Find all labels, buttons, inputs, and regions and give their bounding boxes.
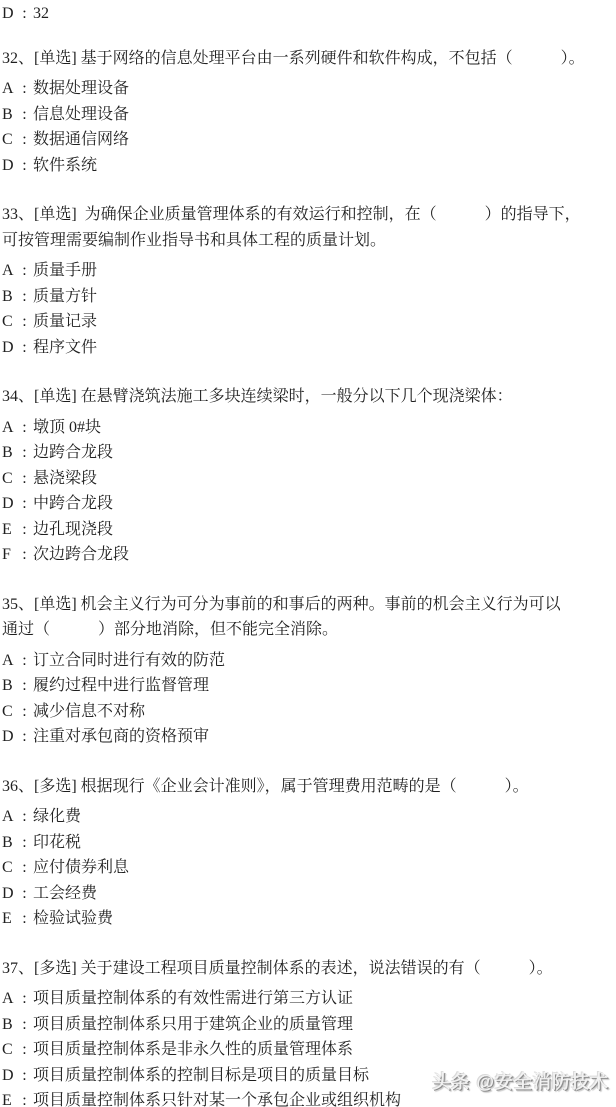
question-text: 34、[单选] 在悬臂浇筑法施工多块连续梁时，一般分以下几个现浇梁体： [2,384,614,410]
option-row: E:边孔现浇段 [2,517,614,543]
option-separator: : [16,648,33,674]
option-text: 信息处理设备 [33,106,129,123]
option-text: 项目质量控制体系是非永久性的质量管理体系 [33,1041,353,1058]
option-row: A:绿化费 [2,804,614,830]
option-text: 边孔现浇段 [33,521,113,538]
exam-document-page: D:32 32、[单选] 基于网络的信息处理平台由一系列硬件和软件构成，不包括（… [0,0,616,1107]
option-text: 次边跨合龙段 [33,546,129,563]
option-letter: F [2,542,16,568]
option-letter: C [2,855,16,881]
option-row: D:工会经费 [2,881,614,907]
option-letter: D [2,881,16,907]
option-row: D:程序文件 [2,335,614,361]
option-text: 注重对承包商的资格预审 [33,728,209,745]
option-row: A:数据处理设备 [2,76,614,102]
option-separator: : [16,1088,33,1107]
option-text: 数据通信网络 [33,131,129,148]
option-text: 印花税 [33,834,81,851]
option-separator: : [16,415,33,441]
option-text: 项目质量控制体系只用于建筑企业的质量管理 [33,1016,353,1033]
previous-question-option-d: D:32 [2,1,614,27]
option-letter: C [2,309,16,335]
question-list: 32、[单选] 基于网络的信息处理平台由一系列硬件和软件构成，不包括（ ）。 A… [2,46,614,1107]
option-text: 数据处理设备 [33,80,129,97]
option-separator: : [16,491,33,517]
option-row: A:墩顶 0#块 [2,415,614,441]
option-separator: : [16,466,33,492]
option-separator: : [16,284,33,310]
option-separator: : [16,102,33,128]
option-text: 软件系统 [33,157,97,174]
option-row: B:履约过程中进行监督管理 [2,673,614,699]
option-text: 工会经费 [33,885,97,902]
option-row: C:质量记录 [2,309,614,335]
option-letter: B [2,102,16,128]
option-separator: : [16,153,33,179]
option-separator: : [16,855,33,881]
question-block-33: 33、[单选] 为确保企业质量管理体系的有效运行和控制，在（ ）的指导下， 可按… [2,202,614,360]
option-list: A:墩顶 0#块 B:边跨合龙段 C:悬浇梁段 D:中跨合龙段 E:边孔现浇段 … [2,415,614,568]
question-block-35: 35、[单选] 机会主义行为可分为事前的和事后的两种。事前的机会主义行为可以 通… [2,592,614,750]
option-letter: C [2,699,16,725]
option-text: 质量手册 [33,262,97,279]
option-letter: E [2,906,16,932]
question-text: 32、[单选] 基于网络的信息处理平台由一系列硬件和软件构成，不包括（ ）。 [2,46,614,72]
option-separator: : [16,1037,33,1063]
option-row: D:32 [2,1,614,27]
option-separator: : [16,986,33,1012]
option-row: B:印花税 [2,830,614,856]
question-text: 36、[多选] 根据现行《企业会计准则》，属于管理费用范畴的是（ ）。 [2,774,614,800]
option-text: 项目质量控制体系的有效性需进行第三方认证 [33,990,353,1007]
option-list: A:数据处理设备 B:信息处理设备 C:数据通信网络 D:软件系统 [2,76,614,178]
question-text: 33、[单选] 为确保企业质量管理体系的有效运行和控制，在（ ）的指导下， 可按… [2,202,614,253]
option-row: B:信息处理设备 [2,102,614,128]
option-text: 悬浇梁段 [33,470,97,487]
option-list: A:订立合同时进行有效的防范 B:履约过程中进行监督管理 C:减少信息不对称 D… [2,648,614,750]
option-text: 墩顶 0#块 [33,419,101,436]
option-letter: B [2,284,16,310]
option-row: B:质量方针 [2,284,614,310]
option-letter: B [2,830,16,856]
option-row: A:项目质量控制体系的有效性需进行第三方认证 [2,986,614,1012]
option-text: 检验试验费 [33,910,113,927]
option-letter: D [2,1,16,27]
option-text: 项目质量控制体系的控制目标是项目的质量目标 [33,1067,369,1084]
option-separator: : [16,804,33,830]
option-row: E:检验试验费 [2,906,614,932]
option-letter: A [2,986,16,1012]
option-text: 项目质量控制体系只针对某一个承包企业或组织机构 [33,1092,401,1107]
option-separator: : [16,724,33,750]
option-separator: : [16,830,33,856]
option-text: 中跨合龙段 [33,495,113,512]
option-letter: B [2,1012,16,1038]
option-letter: E [2,1088,16,1107]
option-list: A:质量手册 B:质量方针 C:质量记录 D:程序文件 [2,258,614,360]
option-row: B:项目质量控制体系只用于建筑企业的质量管理 [2,1012,614,1038]
option-letter: C [2,466,16,492]
option-row: B:边跨合龙段 [2,440,614,466]
option-separator: : [16,1,33,27]
option-letter: E [2,517,16,543]
option-separator: : [16,440,33,466]
option-row: A:订立合同时进行有效的防范 [2,648,614,674]
option-text: 32 [33,5,49,22]
question-block-32: 32、[单选] 基于网络的信息处理平台由一系列硬件和软件构成，不包括（ ）。 A… [2,46,614,179]
option-text: 履约过程中进行监督管理 [33,677,209,694]
option-letter: A [2,648,16,674]
option-row: C:项目质量控制体系是非永久性的质量管理体系 [2,1037,614,1063]
option-letter: C [2,127,16,153]
question-block-34: 34、[单选] 在悬臂浇筑法施工多块连续梁时，一般分以下几个现浇梁体： A:墩顶… [2,384,614,568]
option-row: C:减少信息不对称 [2,699,614,725]
option-row: D:软件系统 [2,153,614,179]
question-text: 35、[单选] 机会主义行为可分为事前的和事后的两种。事前的机会主义行为可以 通… [2,592,614,643]
option-row: C:悬浇梁段 [2,466,614,492]
option-letter: A [2,258,16,284]
option-separator: : [16,258,33,284]
option-row: C:数据通信网络 [2,127,614,153]
question-text: 37、[多选] 关于建设工程项目质量控制体系的表述，说法错误的有（ ）。 [2,956,614,982]
option-row: A:质量手册 [2,258,614,284]
option-separator: : [16,309,33,335]
option-letter: D [2,724,16,750]
option-row: C:应付债券利息 [2,855,614,881]
option-separator: : [16,881,33,907]
option-letter: D [2,1063,16,1089]
option-separator: : [16,1063,33,1089]
option-letter: B [2,673,16,699]
option-text: 减少信息不对称 [33,703,145,720]
option-separator: : [16,673,33,699]
option-row: D:注重对承包商的资格预审 [2,724,614,750]
option-row: F:次边跨合龙段 [2,542,614,568]
question-block-36: 36、[多选] 根据现行《企业会计准则》，属于管理费用范畴的是（ ）。 A:绿化… [2,774,614,932]
option-separator: : [16,906,33,932]
option-separator: : [16,1012,33,1038]
option-separator: : [16,699,33,725]
option-separator: : [16,335,33,361]
option-letter: B [2,440,16,466]
option-text: 质量记录 [33,313,97,330]
option-letter: A [2,415,16,441]
watermark-toutiao: 头条 @安全消防技术 [432,1068,609,1094]
option-letter: D [2,491,16,517]
option-text: 绿化费 [33,808,81,825]
option-list: A:绿化费 B:印花税 C:应付债券利息 D:工会经费 E:检验试验费 [2,804,614,932]
option-separator: : [16,542,33,568]
option-separator: : [16,517,33,543]
option-separator: : [16,76,33,102]
option-letter: D [2,335,16,361]
option-text: 程序文件 [33,339,97,356]
option-letter: C [2,1037,16,1063]
option-letter: A [2,76,16,102]
option-row: D:中跨合龙段 [2,491,614,517]
option-text: 边跨合龙段 [33,444,113,461]
option-letter: D [2,153,16,179]
option-text: 应付债券利息 [33,859,129,876]
option-letter: A [2,804,16,830]
option-text: 质量方针 [33,288,97,305]
option-text: 订立合同时进行有效的防范 [33,652,225,669]
option-separator: : [16,127,33,153]
